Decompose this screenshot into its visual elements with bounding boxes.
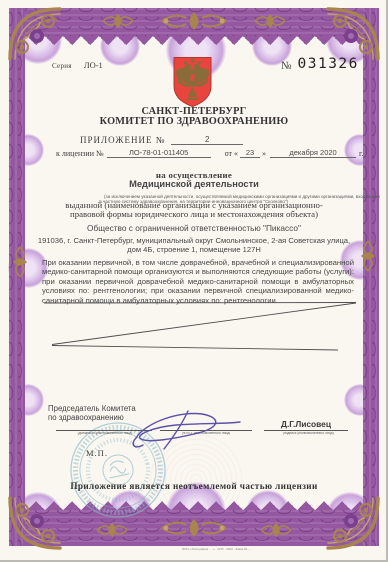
name-signature-line xyxy=(264,430,348,431)
license-appendix-document: Серия ЛО-1 № 031326 xyxy=(0,0,388,562)
printer-imprint-microtext: ООО «Типография ····» · СПб · 2020 · Зак… xyxy=(182,548,252,551)
handwritten-signature-ink xyxy=(126,402,244,456)
signer-position-line2: по здравоохранению xyxy=(48,413,136,422)
signer-name: Д.Г.Лисовец xyxy=(264,419,348,429)
caption-right: (подпись уполномоченного лица) xyxy=(283,432,329,435)
seal-place-mark: М.П. xyxy=(86,448,108,458)
signer-position: Председатель Комитета по здравоохранению xyxy=(48,404,136,422)
footer-statement: Приложение является неотъемлемой частью … xyxy=(0,481,388,491)
signer-position-line1: Председатель Комитета xyxy=(48,404,136,413)
document-body: Серия ЛО-1 № 031326 xyxy=(0,0,388,562)
caption-position: (должность уполномоченного лица) xyxy=(78,432,131,435)
